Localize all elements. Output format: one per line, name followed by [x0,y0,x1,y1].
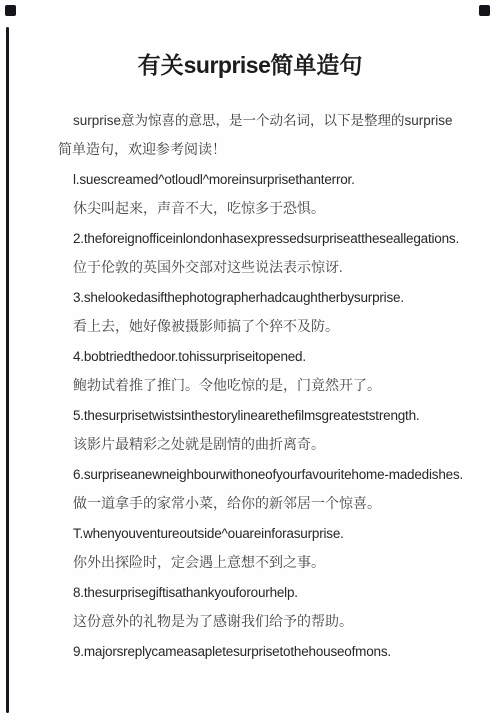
scan-corner-mark-top-left [5,5,16,16]
scan-left-edge-line [6,27,9,713]
title-suffix: 简单造句 [270,53,362,78]
intro-line-2: 简单造句，欢迎参考阅读！ [58,136,480,166]
document-body: surprise意为惊喜的意思，是一个动名词，以下是整理的surprise 简单… [0,106,500,667]
scan-corner-mark-top-right [479,5,490,16]
sentence-zh-8: 这份意外的礼物是为了感谢我们给予的帮助。 [58,608,480,638]
sentence-en-9: 9.majorsreplycameasapletesurprisetotheho… [58,637,480,667]
sentence-en-2: 2.theforeignofficeinlondonhasexpressedsu… [58,224,480,254]
sentence-zh-2: 位于伦敦的英国外交部对这些说法表示惊讶. [58,254,480,284]
sentence-zh-3: 看上去，她好像被摄影师搞了个猝不及防。 [58,313,480,343]
sentence-en-3: 3.shelookedasifthephotographerhadcaughth… [58,283,480,313]
sentence-en-5: 5.thesurprisetwistsinthestorylinearethef… [58,401,480,431]
page-title: 有关surprise简单造句 [0,50,500,81]
sentence-en-7: T.whenyouventureoutside^ouareinforasurpr… [58,519,480,549]
sentence-zh-7: 你外出探险时，定会遇上意想不到之事。 [58,549,480,579]
title-prefix: 有关 [138,53,184,78]
title-keyword: surprise [184,52,271,78]
sentence-zh-4: 鲍勃试着推了推门。令他吃惊的是，门竟然开了。 [58,372,480,402]
sentence-en-4: 4.bobtriedthedoor.tohissurpriseitopened. [58,342,480,372]
document-page: 有关surprise简单造句 surprise意为惊喜的意思，是一个动名词，以下… [0,0,500,727]
intro-line-1: surprise意为惊喜的意思，是一个动名词，以下是整理的surprise [58,106,480,136]
sentence-zh-5: 该影片最精彩之处就是剧情的曲折离奇。 [58,431,480,461]
sentence-en-6: 6.surpriseanewneighbourwithoneofyourfavo… [58,460,480,490]
sentence-en-8: 8.thesurprisegiftisathankyouforourhelp. [58,578,480,608]
sentence-en-1: l.suescreamed^otloudl^moreinsurprisethan… [58,165,480,195]
sentence-zh-1: 休尖叫起来，声音不大，吃惊多于恐惧。 [58,195,480,225]
sentence-zh-6: 做一道拿手的家常小菜，给你的新邻居一个惊喜。 [58,490,480,520]
